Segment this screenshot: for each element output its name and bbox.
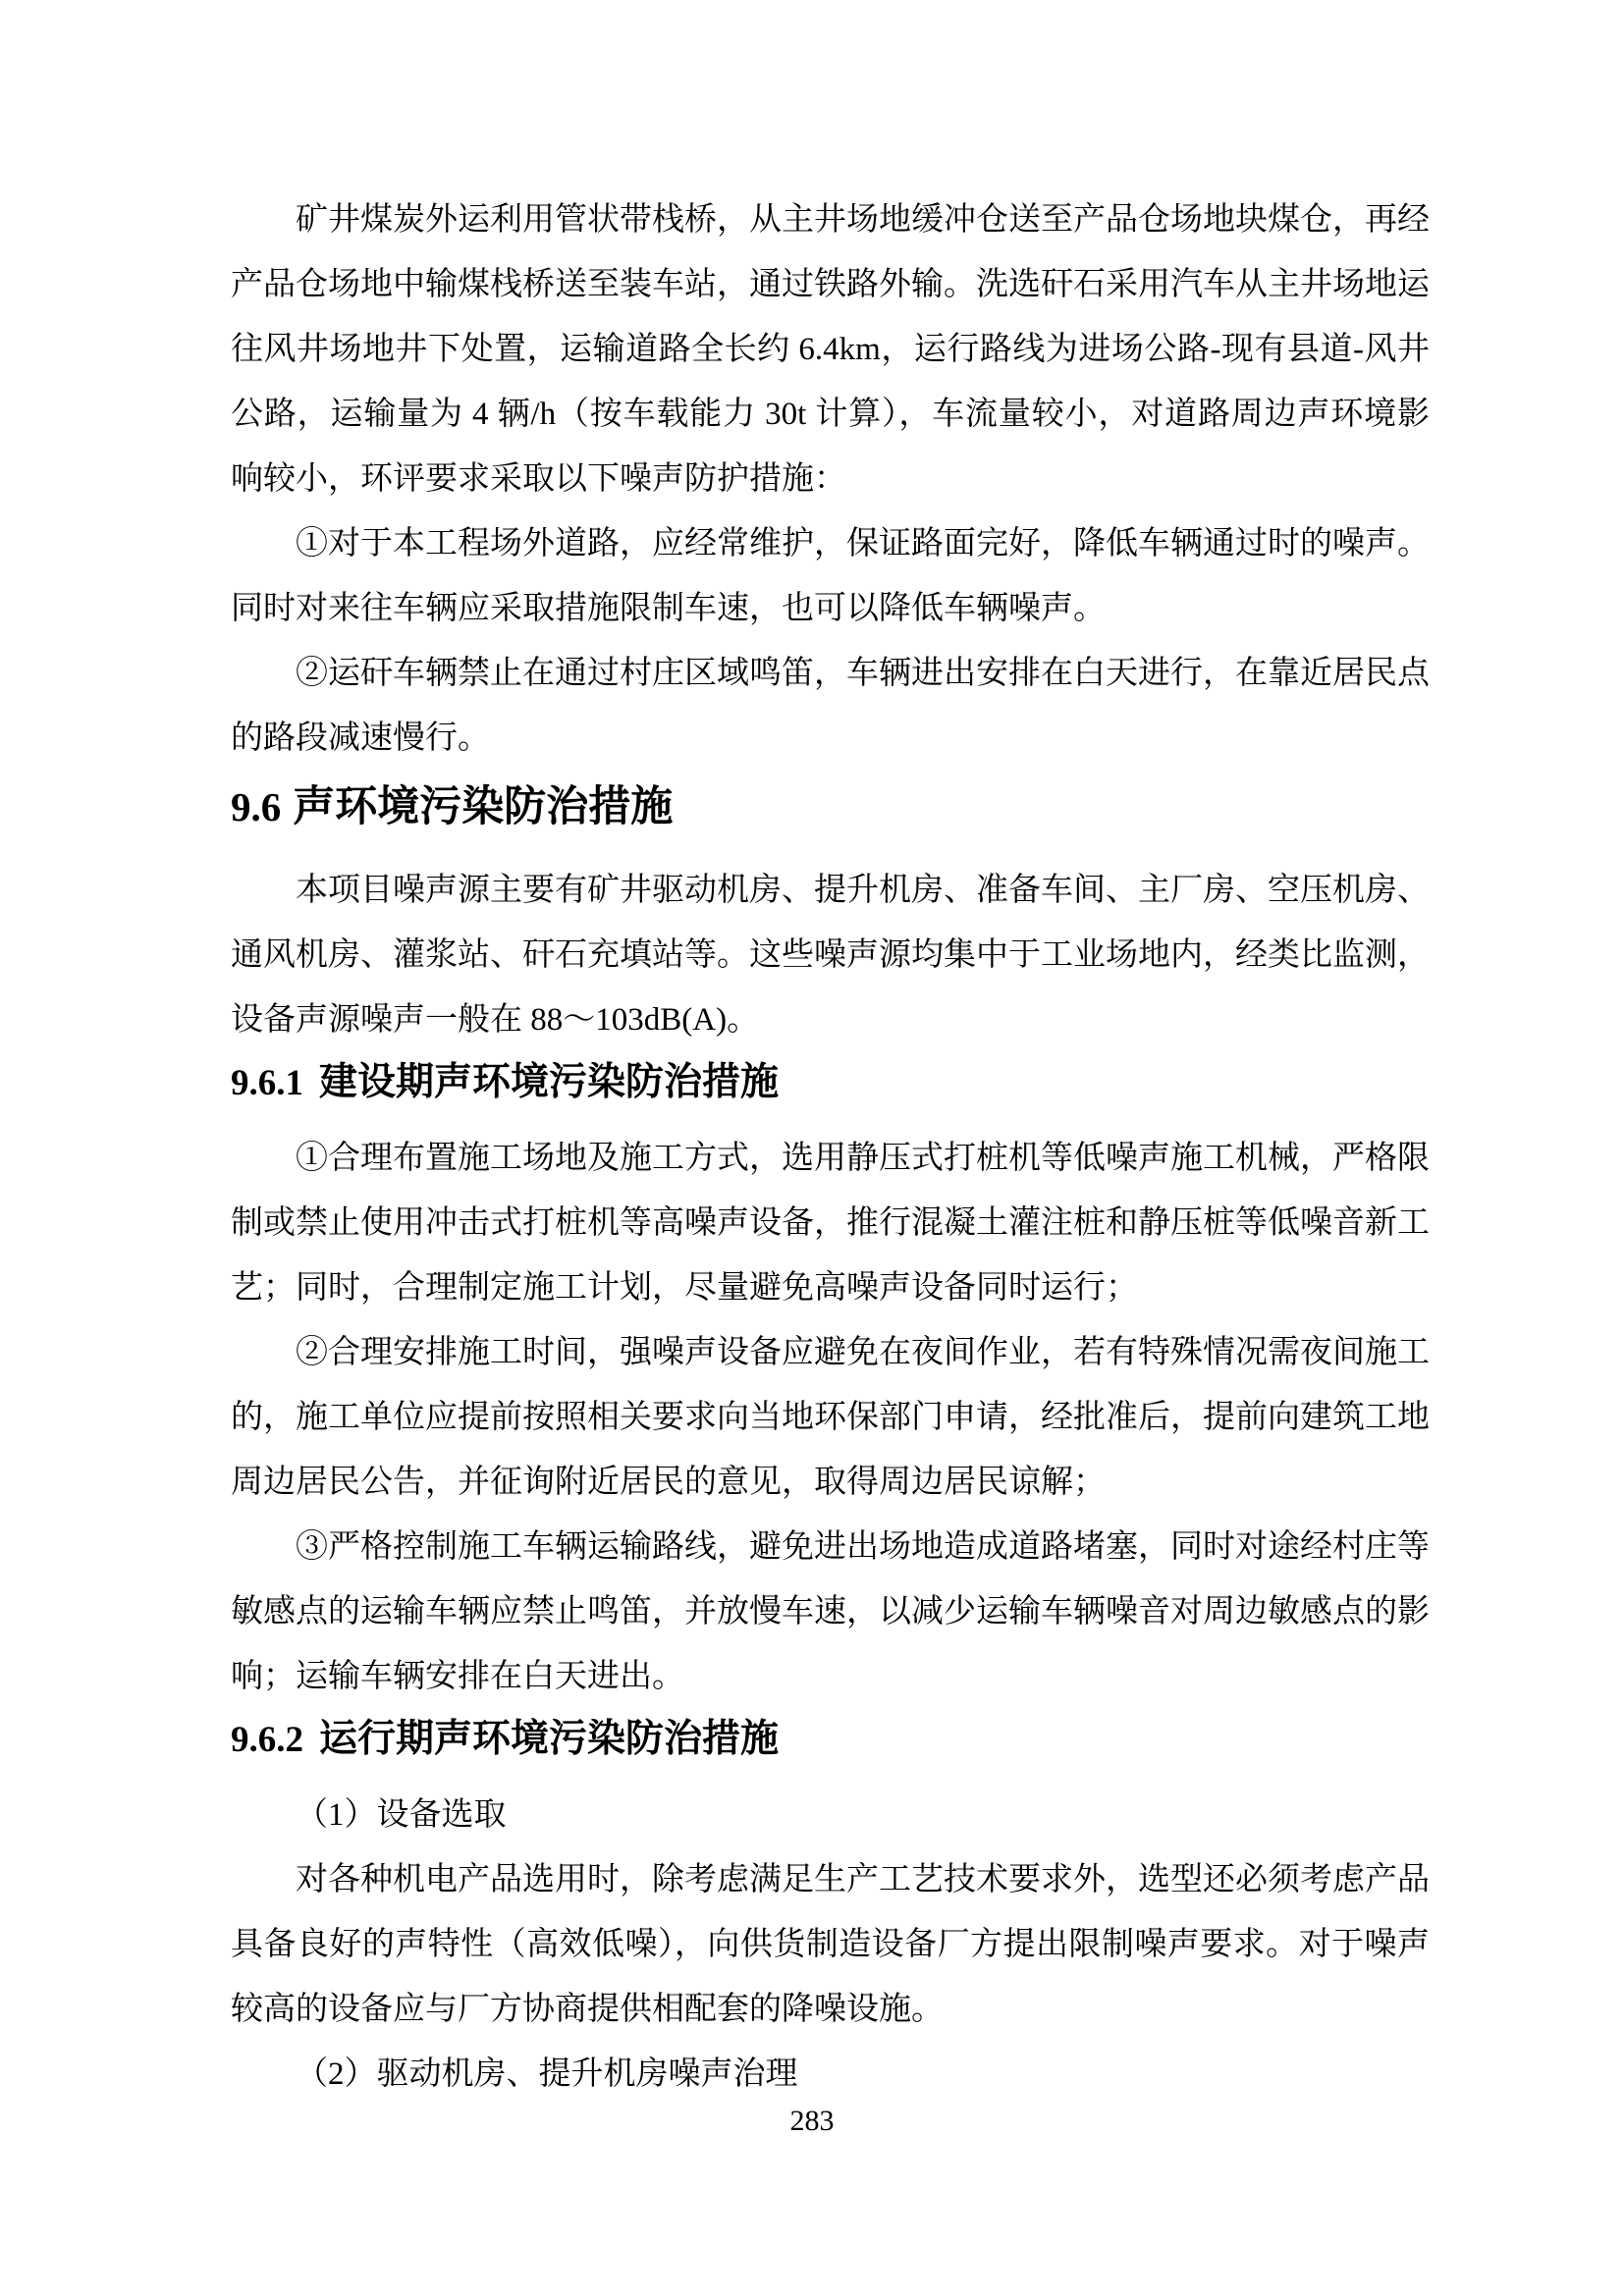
section-number-9-6-1: 9.6.1 [231, 1063, 303, 1103]
section-title-9-6-1: 建设期声环境污染防治措施 [319, 1061, 779, 1103]
section-title-9-6-2: 运行期声环境污染防治措施 [319, 1718, 779, 1760]
section-number-9-6: 9.6 [231, 784, 281, 829]
paragraph-road-measure-1: ①对于本工程场外道路，应经常维护，保证路面完好，降低车辆通过时的噪声。同时对来往… [231, 511, 1430, 641]
document-page: 矿井煤炭外运利用管状带栈桥，从主井场地缓冲仓送至产品仓场地块煤仓，再经产品仓场地… [0, 0, 1624, 2296]
section-heading-9-6-1: 9.6.1建设期声环境污染防治措施 [231, 1052, 1430, 1114]
paragraph-construction-measure-1: ①合理布置施工场地及施工方式，选用静压式打桩机等低噪声施工机械，严格限制或禁止使… [231, 1126, 1430, 1320]
paragraph-noise-sources: 本项目噪声源主要有矿井驱动机房、提升机房、准备车间、主厂房、空压机房、通风机房、… [231, 858, 1430, 1052]
section-heading-9-6: 9.6声环境污染防治措施 [231, 773, 1430, 842]
paragraph-coal-transport: 矿井煤炭外运利用管状带栈桥，从主井场地缓冲仓送至产品仓场地块煤仓，再经产品仓场地… [231, 187, 1430, 511]
section-heading-9-6-2: 9.6.2运行期声环境污染防治措施 [231, 1709, 1430, 1771]
paragraph-equipment-selection: 对各种机电产品选用时，除考虑满足生产工艺技术要求外，选型还必须考虑产品具备良好的… [231, 1847, 1430, 2042]
section-title-9-6: 声环境污染防治措施 [293, 783, 673, 830]
paragraph-drive-room-title: （2）驱动机房、提升机房噪声治理 [231, 2042, 1430, 2107]
paragraph-construction-measure-3: ③严格控制施工车辆运输路线，避免进出场地造成道路堵塞，同时对途经村庄等敏感点的运… [231, 1515, 1430, 1709]
paragraph-equipment-selection-title: （1）设备选取 [231, 1783, 1430, 1847]
text-block: 矿井煤炭外运利用管状带栈桥，从主井场地缓冲仓送至产品仓场地块煤仓，再经产品仓场地… [231, 187, 1430, 2107]
paragraph-construction-measure-2: ②合理安排施工时间，强噪声设备应避免在夜间作业，若有特殊情况需夜间施工的，施工单… [231, 1320, 1430, 1515]
section-number-9-6-2: 9.6.2 [231, 1720, 303, 1760]
page-number: 283 [0, 2104, 1624, 2139]
paragraph-road-measure-2: ②运矸车辆禁止在通过村庄区域鸣笛，车辆进出安排在白天进行，在靠近居民点的路段减速… [231, 641, 1430, 771]
